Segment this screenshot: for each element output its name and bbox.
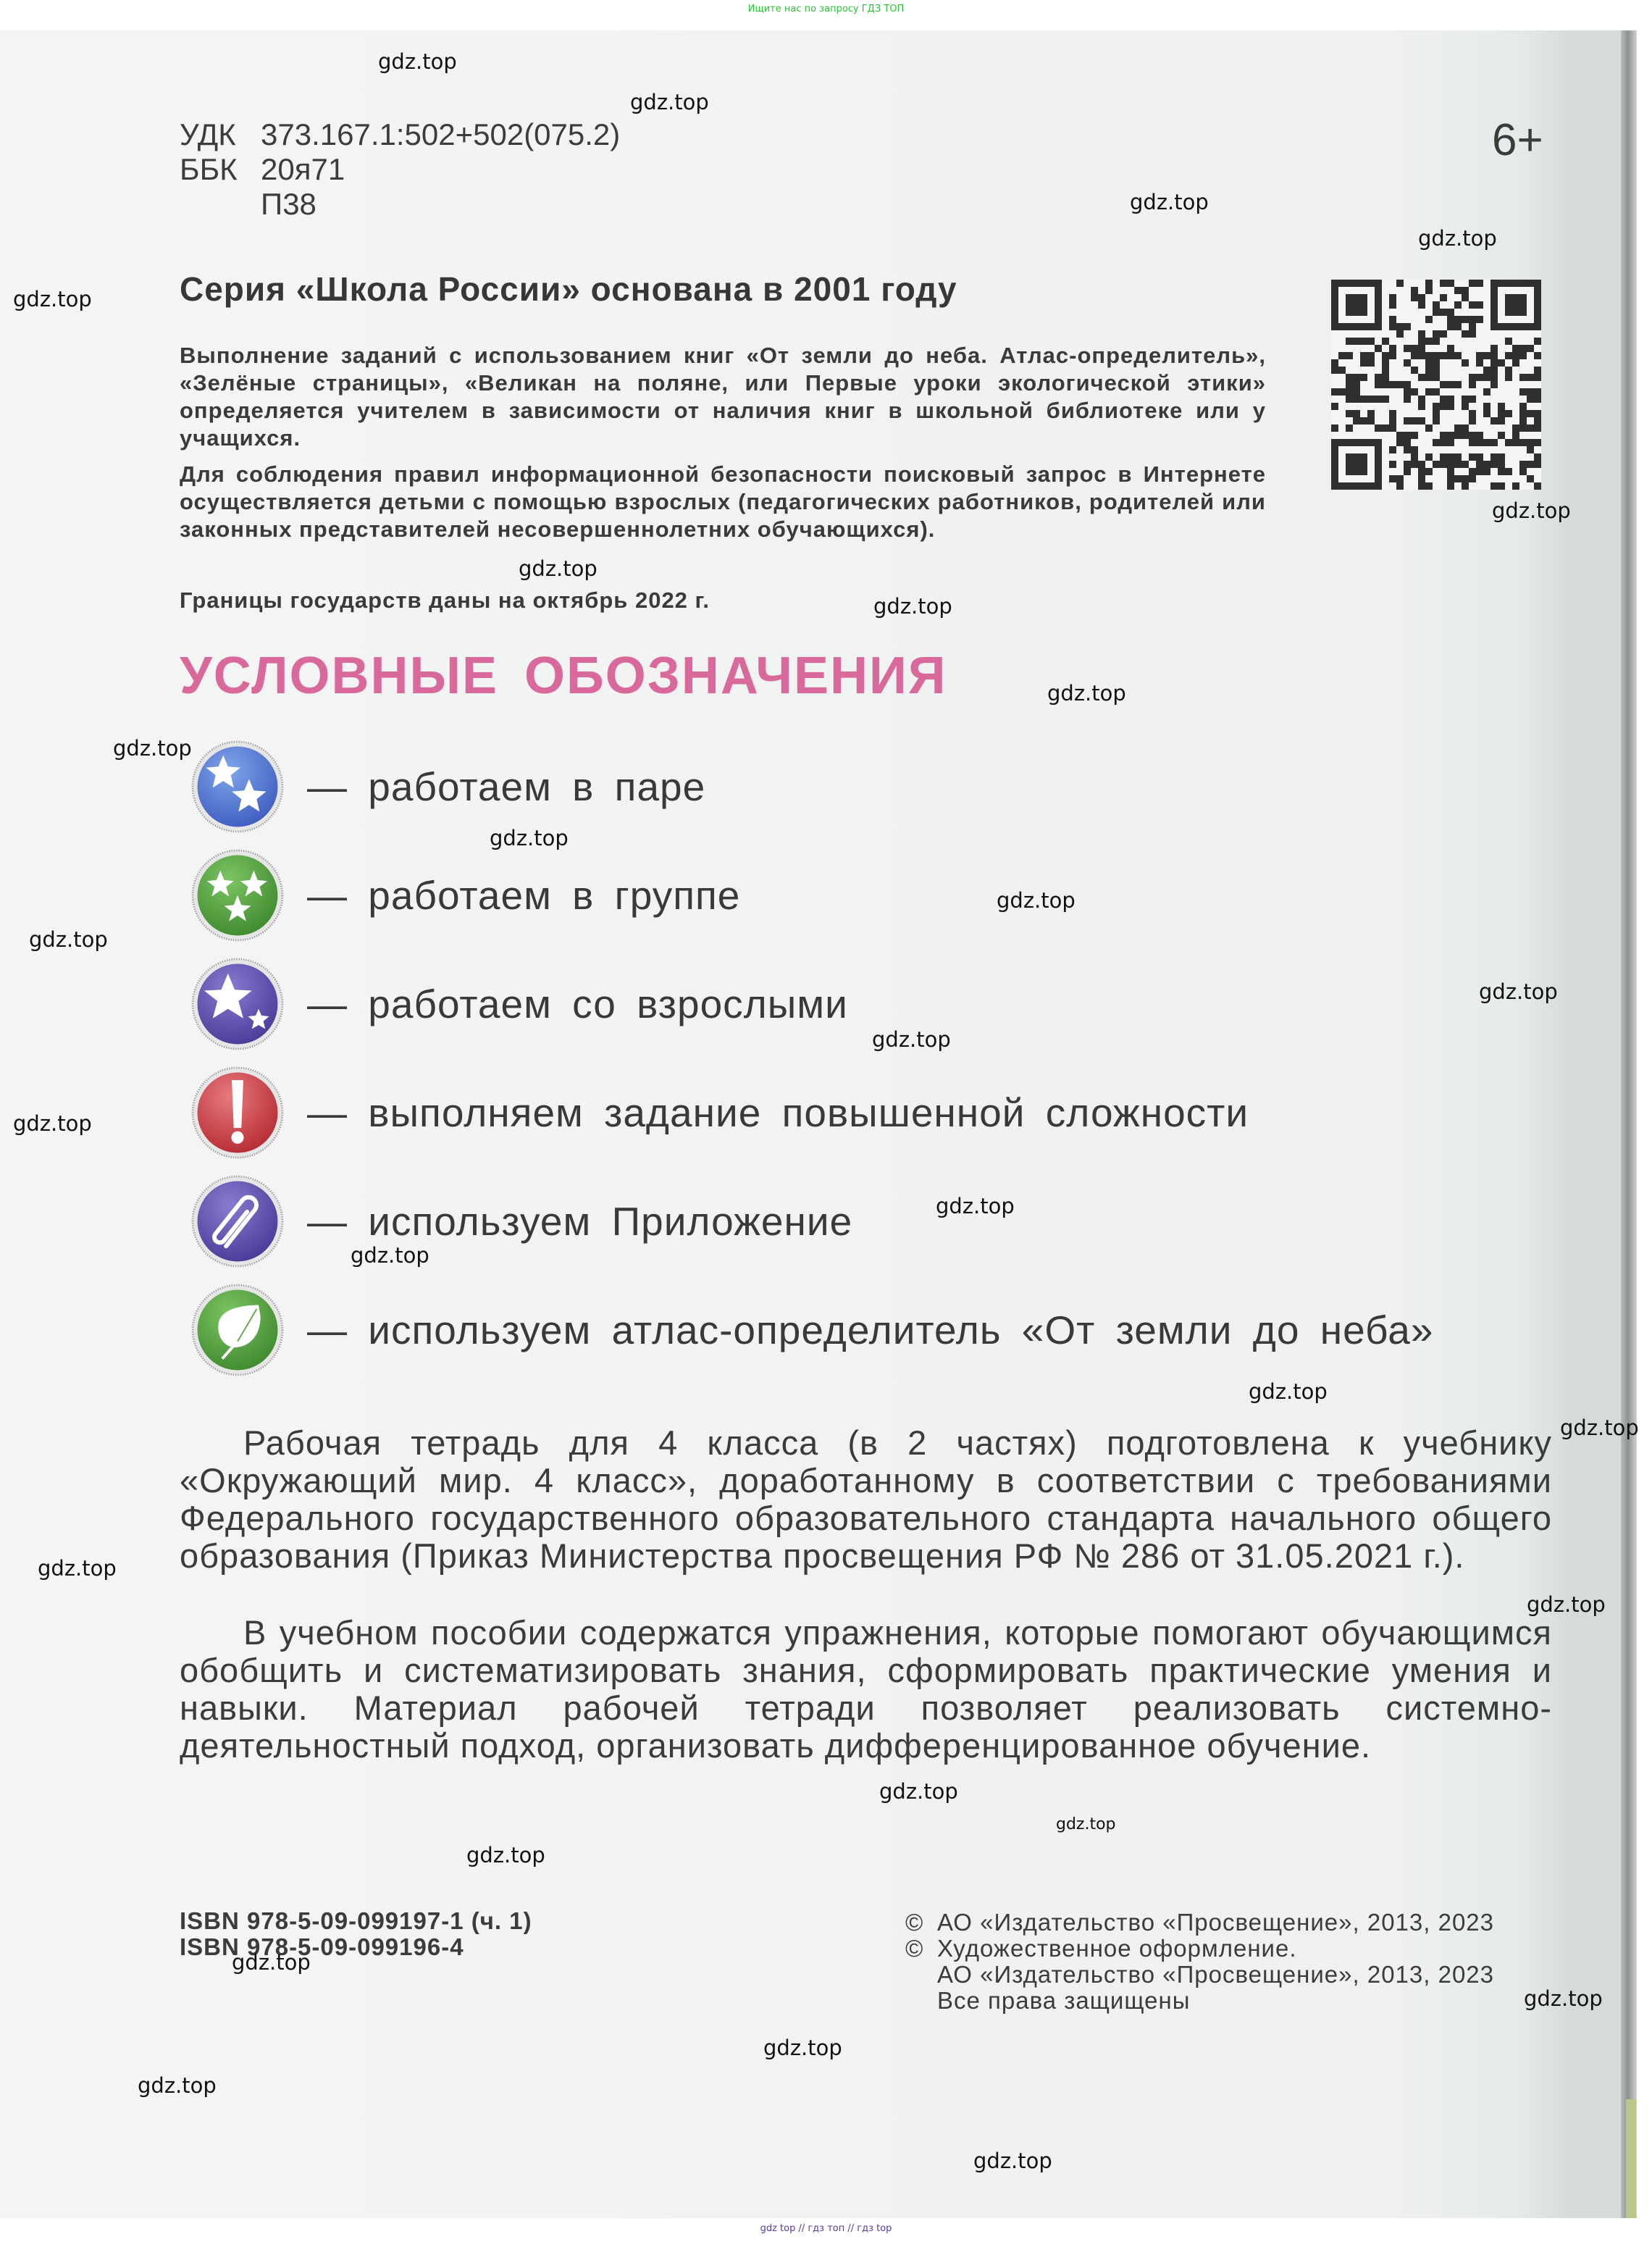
legend-text: — работаем в группе bbox=[307, 872, 740, 919]
spine-green-strip bbox=[1626, 2099, 1636, 2218]
watermark: gdz.top bbox=[29, 927, 108, 952]
paperclip-icon bbox=[190, 1174, 285, 1269]
watermark: gdz.top bbox=[13, 287, 92, 311]
watermark: gdz.top bbox=[879, 1779, 958, 1804]
watermark: gdz.top bbox=[490, 826, 569, 850]
legend-item-adults: — работаем со взрослыми bbox=[190, 953, 848, 1055]
description-paragraph: В учебном пособии содержатся упражнения,… bbox=[180, 1614, 1552, 1765]
legend-text: — выполняем задание повышенной сложности bbox=[307, 1089, 1249, 1136]
bottom-banner: gdz top // гдз топ // гдз top bbox=[0, 2218, 1652, 2242]
watermark: gdz.top bbox=[378, 49, 457, 74]
series-title: Серия «Школа России» основана в 2001 год… bbox=[180, 269, 957, 309]
watermark: gdz.top bbox=[1560, 1415, 1639, 1440]
isbn-line: ISBN 978-5-09-099197-1 (ч. 1) bbox=[180, 1908, 532, 1934]
legend-title: УСЛОВНЫЕ ОБОЗНАЧЕНИЯ bbox=[180, 646, 947, 706]
watermark: gdz.top bbox=[1130, 190, 1209, 214]
watermark: gdz.top bbox=[1056, 1815, 1116, 1833]
watermark: gdz.top bbox=[1418, 226, 1497, 251]
watermark: gdz.top bbox=[138, 2073, 217, 2098]
watermark: gdz.top bbox=[1524, 1986, 1603, 2011]
code-key: ББК bbox=[180, 152, 261, 187]
watermark: gdz.top bbox=[1527, 1592, 1606, 1617]
note-books: Выполнение заданий с использованием книг… bbox=[180, 342, 1266, 452]
two-stars-icon bbox=[190, 739, 285, 835]
leaf-icon bbox=[190, 1282, 285, 1378]
watermark: gdz.top bbox=[519, 556, 598, 581]
watermark: gdz.top bbox=[466, 1843, 545, 1867]
watermark: gdz.top bbox=[630, 90, 709, 114]
top-banner: Ищите нас по запросу ГДЗ ТОП bbox=[0, 0, 1652, 20]
watermark: gdz.top bbox=[1047, 681, 1126, 706]
legend-item-atlas: — используем атлас-определитель «От земл… bbox=[190, 1279, 1433, 1381]
big-small-star-icon bbox=[190, 956, 285, 1052]
code-key bbox=[180, 187, 261, 222]
legend-text: — работаем со взрослыми bbox=[307, 981, 848, 1027]
copyright-block: ©АО «Издательство «Просвещение», 2013, 2… bbox=[905, 1910, 1494, 2014]
book-spine bbox=[1621, 30, 1637, 2218]
note-borders: Границы государств даны на октябрь 2022 … bbox=[180, 587, 1266, 614]
watermark: gdz.top bbox=[997, 888, 1076, 913]
copyright-symbol: © bbox=[905, 1936, 937, 1962]
code-value: П38 bbox=[261, 187, 316, 222]
description-paragraph: Рабочая тетрадь для 4 класса (в 2 частях… bbox=[180, 1424, 1552, 1575]
copyright-text: Все права защищены bbox=[937, 1987, 1190, 2014]
code-value: 373.167.1:502+502(075.2) bbox=[261, 117, 620, 152]
legend-text: — работаем в паре bbox=[307, 764, 705, 810]
watermark: gdz.top bbox=[973, 2149, 1052, 2173]
legend-item-appendix: — используем Приложение bbox=[190, 1171, 852, 1272]
copyright-text: АО «Издательство «Просвещение», 2013, 20… bbox=[937, 1961, 1494, 1988]
three-stars-icon bbox=[190, 848, 285, 943]
copyright-line: ©АО «Издательство «Просвещение», 2013, 2… bbox=[905, 1910, 1494, 1936]
code-key: УДК bbox=[180, 117, 261, 152]
watermark: gdz.top bbox=[936, 1194, 1015, 1218]
watermark: gdz.top bbox=[13, 1111, 92, 1136]
age-rating: 6+ bbox=[1492, 114, 1543, 166]
udk-row: УДК 373.167.1:502+502(075.2) bbox=[180, 117, 620, 152]
exclamation-icon bbox=[190, 1065, 285, 1160]
legend-text: — используем атлас-определитель «От земл… bbox=[307, 1307, 1433, 1353]
watermark: gdz.top bbox=[113, 736, 192, 761]
watermark: gdz.top bbox=[1479, 979, 1558, 1004]
copyright-text: АО «Издательство «Просвещение», 2013, 20… bbox=[937, 1909, 1494, 1936]
watermark: gdz.top bbox=[873, 594, 952, 619]
qr-code-icon[interactable] bbox=[1331, 280, 1541, 490]
copyright-line: Все права защищены bbox=[905, 1988, 1494, 2014]
legend-item-pair: — работаем в паре bbox=[190, 736, 705, 837]
bibliographic-codes: УДК 373.167.1:502+502(075.2) ББК 20я71 П… bbox=[180, 117, 620, 222]
legend-text: — используем Приложение bbox=[307, 1198, 852, 1245]
watermark: gdz.top bbox=[1492, 498, 1571, 523]
copyright-symbol: © bbox=[905, 1910, 937, 1936]
code-value: 20я71 bbox=[261, 152, 345, 187]
note-internet-safety: Для соблюдения правил информационной без… bbox=[180, 461, 1266, 543]
bbk-row: ББК 20я71 bbox=[180, 152, 620, 187]
watermark: gdz.top bbox=[872, 1027, 951, 1052]
copyright-line: ©Художественное оформление. bbox=[905, 1936, 1494, 1962]
legend-item-group: — работаем в группе bbox=[190, 845, 740, 946]
legend-item-hard-task: — выполняем задание повышенной сложности bbox=[190, 1062, 1249, 1163]
copyright-line: АО «Издательство «Просвещение», 2013, 20… bbox=[905, 1962, 1494, 1988]
watermark: gdz.top bbox=[1249, 1379, 1328, 1404]
copyright-text: Художественное оформление. bbox=[937, 1935, 1297, 1962]
watermark: gdz.top bbox=[232, 1950, 311, 1975]
watermark: gdz.top bbox=[38, 1556, 117, 1581]
watermark: gdz.top bbox=[763, 2036, 842, 2060]
watermark: gdz.top bbox=[351, 1243, 429, 1268]
author-mark-row: П38 bbox=[180, 187, 620, 222]
